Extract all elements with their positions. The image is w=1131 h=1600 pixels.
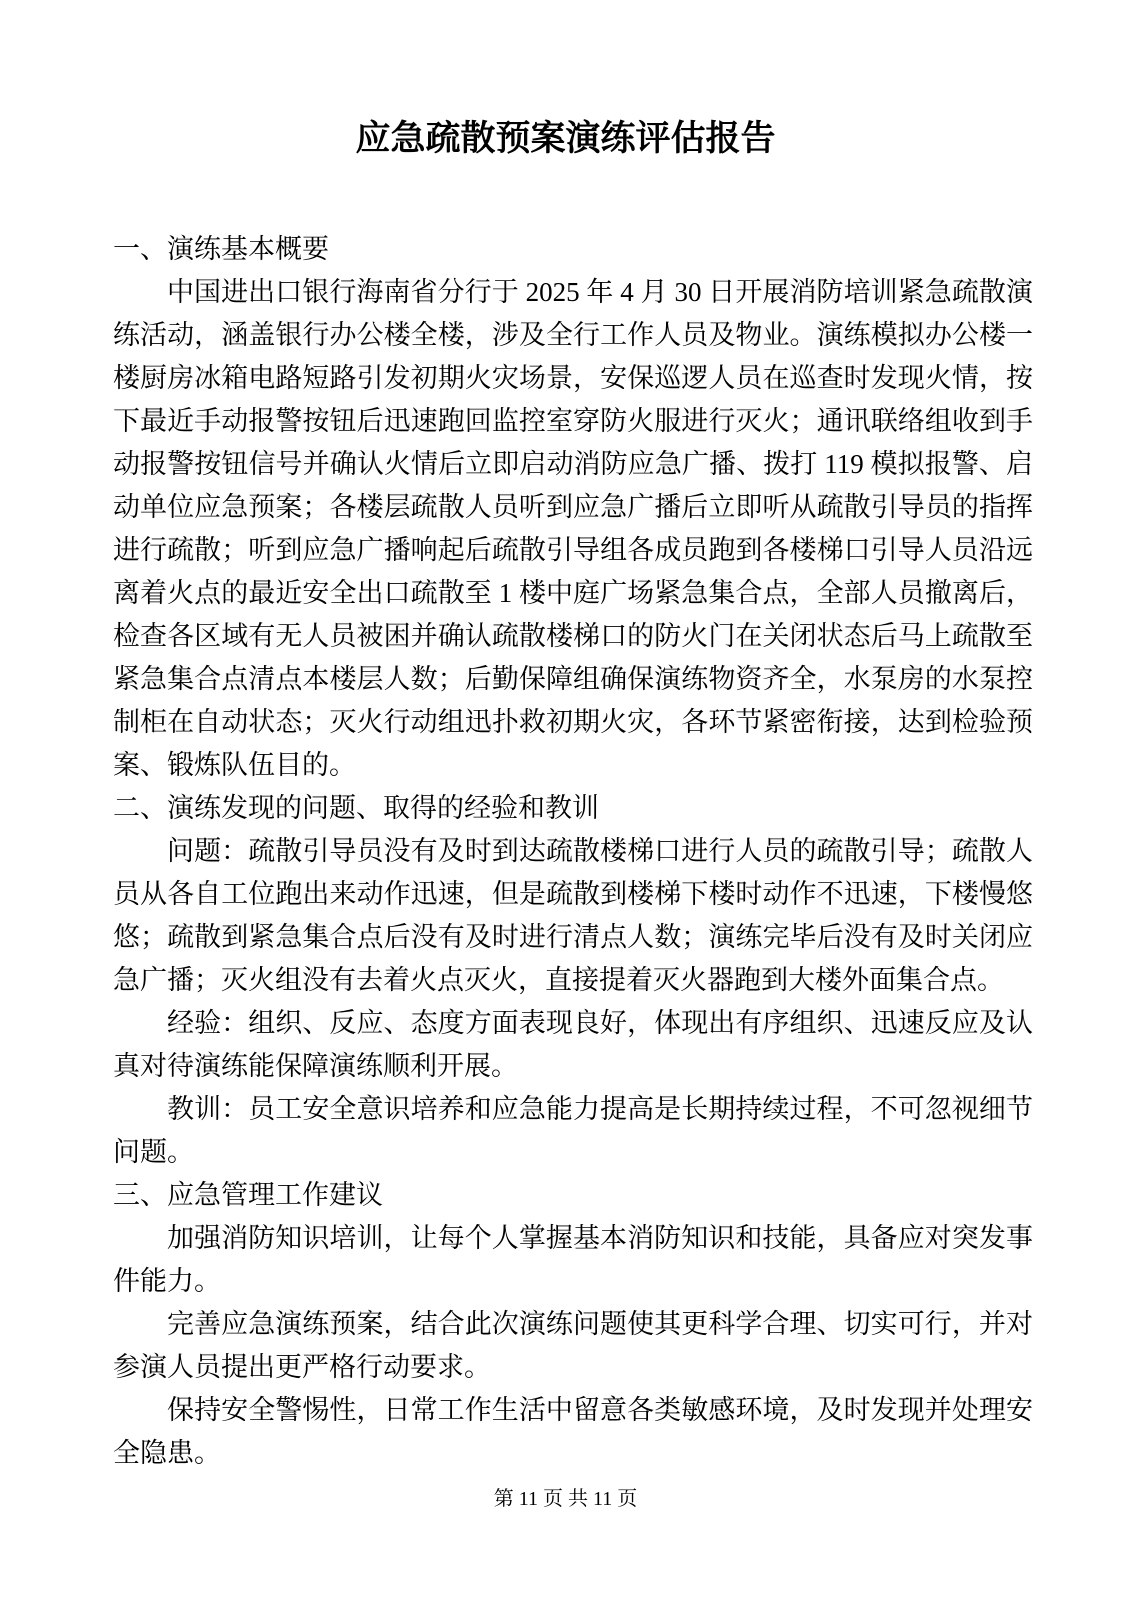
section-heading-1: 一、演练基本概要 xyxy=(113,228,1033,271)
document-body: 一、演练基本概要 中国进出口银行海南省分行于 2025 年 4 月 30 日开展… xyxy=(113,228,1033,1475)
section-1-paragraph-1: 中国进出口银行海南省分行于 2025 年 4 月 30 日开展消防培训紧急疏散演… xyxy=(113,271,1033,787)
section-heading-3: 三、应急管理工作建议 xyxy=(113,1174,1033,1217)
section-2-paragraph-problems: 问题：疏散引导员没有及时到达疏散楼梯口进行人员的疏散引导；疏散人员从各自工位跑出… xyxy=(113,830,1033,1002)
section-3-paragraph-plan: 完善应急演练预案，结合此次演练问题使其更科学合理、切实可行，并对参演人员提出更严… xyxy=(113,1303,1033,1389)
section-2-paragraph-lessons: 教训：员工安全意识培养和应急能力提高是长期持续过程，不可忽视细节问题。 xyxy=(113,1088,1033,1174)
section-3-paragraph-vigilance: 保持安全警惕性，日常工作生活中留意各类敏感环境，及时发现并处理安全隐患。 xyxy=(113,1389,1033,1475)
page-number-footer: 第 11 页 共 11 页 xyxy=(0,1488,1131,1510)
document-title: 应急疏散预案演练评估报告 xyxy=(0,0,1131,162)
document-page: 应急疏散预案演练评估报告 一、演练基本概要 中国进出口银行海南省分行于 2025… xyxy=(0,0,1131,1600)
section-3-paragraph-training: 加强消防知识培训，让每个人掌握基本消防知识和技能，具备应对突发事件能力。 xyxy=(113,1217,1033,1303)
section-heading-2: 二、演练发现的问题、取得的经验和教训 xyxy=(113,787,1033,830)
section-2-paragraph-experience: 经验：组织、反应、态度方面表现良好，体现出有序组织、迅速反应及认真对待演练能保障… xyxy=(113,1002,1033,1088)
